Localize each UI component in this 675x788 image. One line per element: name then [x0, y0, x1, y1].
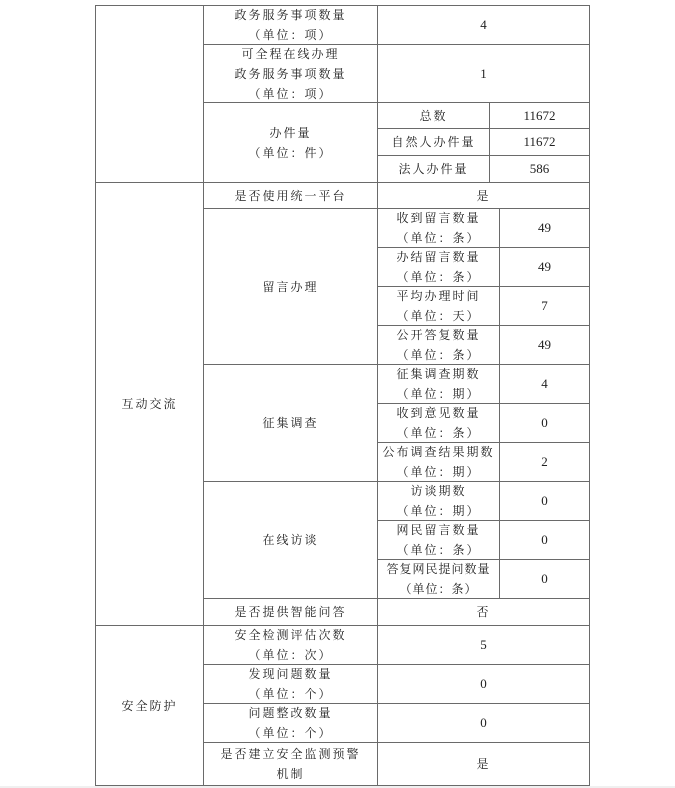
row-label-unified-platform: 是否使用统一平台	[203, 182, 378, 209]
value-text: 49	[538, 257, 551, 277]
label-text: 在线访谈	[262, 530, 318, 550]
sub-label-interview-periods: 访谈期数 （单位：期）	[377, 481, 500, 521]
label-text: 公布调查结果期数 （单位：期）	[382, 442, 494, 482]
value-text: 是	[476, 754, 490, 774]
value-text: 49	[538, 218, 551, 238]
value-text: 7	[541, 296, 548, 316]
label-text: 问题整改数量 （单位：个）	[248, 703, 332, 743]
category-cell-service	[95, 5, 204, 183]
value-text: 2	[541, 452, 548, 472]
row-label-issues-fixed: 问题整改数量 （单位：个）	[203, 703, 378, 743]
group-label-online-interview: 在线访谈	[203, 481, 378, 599]
label-text: 办件量 （单位：件）	[248, 123, 332, 163]
sub-label-legal-person: 法人办件量	[377, 155, 490, 183]
label-text: 政务服务事项数量 （单位：项）	[234, 5, 346, 45]
sub-label-results-published: 公布调查结果期数 （单位：期）	[377, 442, 500, 482]
value-text: 0	[541, 413, 548, 433]
row-value-online-items: 1	[377, 44, 590, 103]
label-text: 收到意见数量 （单位：条）	[396, 403, 480, 443]
row-value-service-items: 4	[377, 5, 590, 45]
row-label-case-volume: 办件量 （单位：件）	[203, 102, 378, 183]
category-label: 安全防护	[121, 696, 177, 716]
label-text: 是否提供智能问答	[234, 602, 346, 622]
row-value-monitoring-mechanism: 是	[377, 742, 590, 786]
sub-value-netizen-messages: 0	[499, 520, 590, 560]
sub-label-netizen-replies: 答复网民提问数量 （单位：条）	[377, 559, 500, 599]
sub-value-average-time: 7	[499, 286, 590, 326]
sub-value-netizen-replies: 0	[499, 559, 590, 599]
label-text: 安全检测评估次数 （单位：次）	[234, 625, 346, 665]
value-text: 0	[541, 569, 548, 589]
row-label-security-tests: 安全检测评估次数 （单位：次）	[203, 625, 378, 665]
label-text: 自然人办件量	[391, 132, 475, 152]
sub-value-interview-periods: 0	[499, 481, 590, 521]
value-text: 是	[476, 186, 490, 206]
label-text: 是否建立安全监测预警 机制	[220, 744, 360, 784]
sub-label-completed-messages: 办结留言数量 （单位：条）	[377, 247, 500, 287]
sub-value-opinions-received: 0	[499, 403, 590, 443]
sub-value-completed-messages: 49	[499, 247, 590, 287]
value-text: 0	[480, 713, 487, 733]
row-label-smart-qa: 是否提供智能问答	[203, 598, 378, 626]
sub-label-total: 总数	[377, 102, 490, 129]
value-text: 1	[480, 64, 487, 84]
value-text: 4	[541, 374, 548, 394]
row-label-service-items: 政务服务事项数量 （单位：项）	[203, 5, 378, 45]
sub-value-survey-periods: 4	[499, 364, 590, 404]
sub-label-opinions-received: 收到意见数量 （单位：条）	[377, 403, 500, 443]
label-text: 留言办理	[262, 277, 318, 297]
category-cell-interaction: 互动交流	[95, 182, 204, 626]
value-text: 586	[530, 159, 550, 179]
row-value-smart-qa: 否	[377, 598, 590, 626]
label-text: 征集调查	[262, 413, 318, 433]
value-text: 49	[538, 335, 551, 355]
row-label-online-items: 可全程在线办理 政务服务事项数量 （单位：项）	[203, 44, 378, 103]
label-text: 法人办件量	[398, 159, 468, 179]
value-text: 5	[480, 635, 487, 655]
value-text: 4	[480, 15, 487, 35]
label-text: 公开答复数量 （单位：条）	[396, 325, 480, 365]
label-text: 办结留言数量 （单位：条）	[396, 247, 480, 287]
category-label: 互动交流	[121, 394, 177, 414]
row-value-unified-platform: 是	[377, 182, 590, 209]
label-text: 访谈期数 （单位：期）	[396, 481, 480, 521]
value-text: 11672	[523, 132, 555, 152]
sub-value-results-published: 2	[499, 442, 590, 482]
row-value-issues-fixed: 0	[377, 703, 590, 743]
label-text: 可全程在线办理 政务服务事项数量 （单位：项）	[234, 44, 346, 104]
sub-label-public-replies: 公开答复数量 （单位：条）	[377, 325, 500, 365]
row-value-issues-found: 0	[377, 664, 590, 704]
sub-label-received-messages: 收到留言数量 （单位：条）	[377, 208, 500, 248]
label-text: 平均办理时间 （单位：天）	[396, 286, 480, 326]
sub-value-public-replies: 49	[499, 325, 590, 365]
row-value-security-tests: 5	[377, 625, 590, 665]
label-text: 答复网民提问数量 （单位：条）	[386, 559, 490, 599]
row-label-issues-found: 发现问题数量 （单位：个）	[203, 664, 378, 704]
label-text: 收到留言数量 （单位：条）	[396, 208, 480, 248]
category-cell-security: 安全防护	[95, 625, 204, 786]
value-text: 0	[480, 674, 487, 694]
label-text: 发现问题数量 （单位：个）	[248, 664, 332, 704]
label-text: 网民留言数量 （单位：条）	[396, 520, 480, 560]
sub-label-average-time: 平均办理时间 （单位：天）	[377, 286, 500, 326]
value-text: 11672	[523, 106, 555, 126]
sub-value-legal-person: 586	[489, 155, 590, 183]
sub-value-total: 11672	[489, 102, 590, 129]
sub-label-survey-periods: 征集调查期数 （单位：期）	[377, 364, 500, 404]
sub-value-received-messages: 49	[499, 208, 590, 248]
sub-label-natural-person: 自然人办件量	[377, 128, 490, 156]
group-label-survey: 征集调查	[203, 364, 378, 482]
value-text: 否	[476, 602, 490, 622]
label-text: 总数	[419, 106, 447, 126]
row-label-monitoring-mechanism: 是否建立安全监测预警 机制	[203, 742, 378, 786]
value-text: 0	[541, 491, 548, 511]
group-label-message-handling: 留言办理	[203, 208, 378, 365]
label-text: 征集调查期数 （单位：期）	[396, 364, 480, 404]
value-text: 0	[541, 530, 548, 550]
label-text: 是否使用统一平台	[234, 186, 346, 206]
sub-value-natural-person: 11672	[489, 128, 590, 156]
sub-label-netizen-messages: 网民留言数量 （单位：条）	[377, 520, 500, 560]
